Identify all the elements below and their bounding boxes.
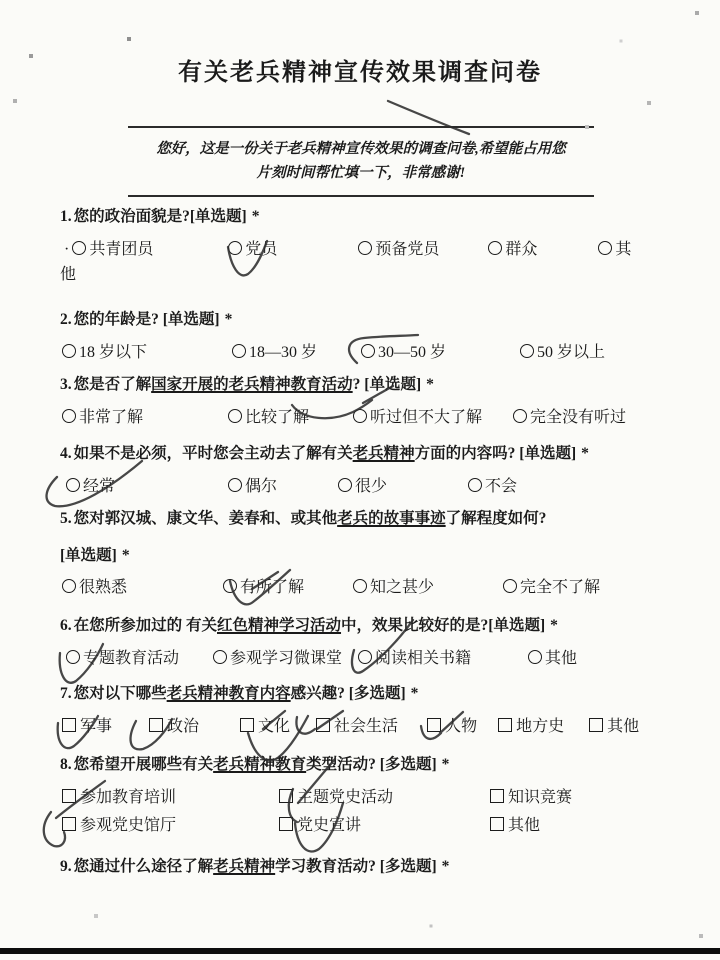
options-row: 经常偶尔很少不会 [60,474,708,499]
radio-option[interactable]: 知之甚少 [353,579,434,596]
question-5: 5.您对郭汉城、康文华、姜春和、或其他老兵的故事事迹了解程度如何?[单选题]*很… [60,508,708,600]
question-text-underlined: 国家开展的老兵精神教育活动 [151,376,353,393]
radio-icon [232,344,246,358]
required-asterisk: * [581,445,589,462]
checkbox-option[interactable]: 其他 [589,718,639,735]
question-text: 您希望开展哪些有关 [74,756,214,773]
radio-icon [213,650,227,664]
checkbox-option[interactable]: 党史宣讲 [279,817,361,834]
required-asterisk: * [550,617,558,634]
bullet-mark: · [64,241,69,258]
question-label: 1.您的政治面貌是?[单选题]* [60,206,708,227]
question-text: 了解程度如何? [446,510,547,527]
option-label: 人物 [445,718,477,735]
question-type-tag: [单选题] [163,311,220,328]
radio-option[interactable]: 比较了解 [228,409,309,426]
radio-option[interactable]: 很熟悉 [62,579,127,596]
intro-box: 您好，这是一份关于老兵精神宣传效果的调查问卷,希望能占用您 片刻时间帮忙填一下，… [128,126,594,197]
required-asterisk: * [122,547,130,564]
question-type-tag: [多选题] [380,756,437,773]
question-type-tag: [多选题] [380,858,437,875]
question-2: 2.您的年龄是? [单选题]*18 岁以下18—30 岁30—50 岁50 岁以… [60,309,708,365]
radio-icon [223,579,237,593]
checkbox-option[interactable]: 社会生活 [316,718,398,735]
radio-option[interactable]: 非常了解 [62,409,143,426]
radio-icon [228,409,242,423]
checkbox-option[interactable]: 地方史 [498,718,564,735]
question-text: 类型活动? [306,756,380,773]
radio-option[interactable]: 预备党员 [358,241,439,258]
radio-icon [62,409,76,423]
checkbox-option[interactable]: 人物 [427,718,477,735]
radio-option[interactable]: 有所了解 [223,579,304,596]
question-text: 方面的内容吗? [415,445,520,462]
question-type-tag: [单选题] [190,208,247,225]
checkbox-icon [62,817,76,831]
question-label: 9.您通过什么途径了解老兵精神学习教育活动? [多选题]* [60,856,708,877]
checkbox-icon [589,718,603,732]
question-text-underlined: 老兵精神 [213,858,275,875]
radio-option[interactable]: 完全没有听过 [513,409,626,426]
option-label: 完全不了解 [520,579,600,596]
scan-edge-bar [0,948,720,954]
checkbox-icon [498,718,512,732]
radio-option[interactable]: 50 岁以上 [520,344,605,361]
question-text: 中，效果比较好的是? [341,617,488,634]
question-type-tag: [多选题] [349,685,406,702]
options-row: ·共青团员党员预备党员群众其他 [60,237,645,287]
question-6: 6.在您所参加过的 有关红色精神学习活动中，效果比较好的是?[单选题]*专题教育… [60,615,708,671]
question-type-tag: [单选题] [60,547,117,564]
options-row: 很熟悉有所了解知之甚少完全不了解 [60,575,708,600]
radio-icon [62,344,76,358]
radio-option[interactable]: 阅读相关书籍 [358,650,471,667]
question-7: 7.您对以下哪些老兵精神教育内容感兴趣? [多选题]*军事政治文化社会生活人物地… [60,683,708,739]
question-label: 3.您是否了解国家开展的老兵精神教育活动? [单选题]* [60,374,708,395]
radio-icon [66,650,80,664]
checkbox-option[interactable]: 主题党史活动 [279,789,393,806]
question-label: 6.在您所参加过的 有关红色精神学习活动中，效果比较好的是?[单选题]* [60,615,708,636]
option-label: 政治 [167,718,199,735]
radio-option[interactable]: 群众 [488,241,537,258]
option-label: 军事 [80,718,112,735]
question-type-tagline: [单选题]* [60,543,708,565]
option-label: 阅读相关书籍 [375,650,471,667]
question-text: 您对以下哪些 [74,685,167,702]
question-text: 您对郭汉城、康文华、姜春和、或其他 [74,510,338,527]
option-label: 文化 [258,718,290,735]
question-type-tag: [单选题] [519,445,576,462]
question-text-underlined: 老兵的故事事迹 [337,510,446,527]
option-label: 参观党史馆厅 [80,817,176,834]
radio-option[interactable]: 完全不了解 [503,579,600,596]
option-label: 比较了解 [245,409,309,426]
options-row: 军事政治文化社会生活人物地方史其他 [60,714,708,739]
option-label: 参加教育培训 [80,789,176,806]
option-label: 听过但不大了解 [370,409,482,426]
page-title: 有关老兵精神宣传效果调查问卷 [0,52,720,87]
radio-option[interactable]: 不会 [468,478,517,495]
question-number: 2. [60,311,72,328]
question-3: 3.您是否了解国家开展的老兵精神教育活动? [单选题]*非常了解比较了解听过但不… [60,374,708,430]
option-label: 社会生活 [334,718,398,735]
option-label: 主题党史活动 [297,789,393,806]
question-label: 7.您对以下哪些老兵精神教育内容感兴趣? [多选题]* [60,683,708,704]
question-label: 4.如果不是必须，平时您会主动去了解有关老兵精神方面的内容吗? [单选题]* [60,443,708,464]
options-row: 18 岁以下18—30 岁30—50 岁50 岁以上 [60,340,708,365]
checkbox-option[interactable]: 参加教育培训 [62,789,176,806]
question-text-underlined: 老兵精神教育 [213,756,306,773]
checkbox-option[interactable]: 参观党史馆厅 [62,817,176,834]
checkbox-icon [427,718,441,732]
question-9: 9.您通过什么途径了解老兵精神学习教育活动? [多选题]* [60,856,708,877]
radio-option[interactable]: 偶尔 [228,478,277,495]
radio-icon [503,579,517,593]
question-type-tag: [单选题] [364,376,421,393]
radio-icon [488,241,502,255]
option-label: 很少 [355,478,387,495]
question-text: 如果不是必须，平时您会主动去了解有关 [74,445,353,462]
radio-icon [358,650,372,664]
question-text: 您是否了解 [74,376,152,393]
option-label: 党员 [245,241,277,258]
checkbox-option[interactable]: 政治 [149,718,199,735]
radio-icon [353,409,367,423]
checkbox-icon [62,789,76,803]
question-text: 学习教育活动? [275,858,380,875]
scan-noise-specks [0,0,2,2]
options-row: 参加教育培训主题党史活动知识竞赛 [60,785,708,810]
checkbox-icon [149,718,163,732]
radio-icon [513,409,527,423]
question-label: 2.您的年龄是? [单选题]* [60,309,708,330]
question-text-underlined: 红色精神学习活动 [217,617,341,634]
radio-option[interactable]: 很少 [338,478,387,495]
checkbox-icon [279,817,293,831]
option-label: 有所了解 [240,579,304,596]
question-type-tag: [单选题] [488,617,545,634]
question-number: 5. [60,510,72,527]
checkbox-option[interactable]: 文化 [240,718,290,735]
checkbox-icon [279,789,293,803]
option-label: 不会 [485,478,517,495]
option-label: 知识竞赛 [508,789,572,806]
radio-option[interactable]: 党员 [228,241,277,258]
radio-option[interactable]: 30—50 岁 [361,344,446,361]
question-text: 感兴趣? [291,685,349,702]
radio-icon [528,650,542,664]
checkbox-option[interactable]: 其他 [490,817,540,834]
option-label: 其他 [545,650,577,667]
question-8: 8.您希望开展哪些有关老兵精神教育类型活动? [多选题]*参加教育培训主题党史活… [60,754,708,838]
option-label: 18 岁以下 [79,344,147,361]
radio-icon [520,344,534,358]
option-label: 预备党员 [375,241,439,258]
question-number: 4. [60,445,72,462]
question-text: 您的年龄是? [74,311,163,328]
option-label: 参观学习微课堂 [230,650,342,667]
checkbox-option[interactable]: 知识竞赛 [490,789,572,806]
question-text: 在您所参加过的 有关 [74,617,217,634]
scanned-questionnaire-page: 有关老兵精神宣传效果调查问卷 您好，这是一份关于老兵精神宣传效果的调查问卷,希望… [0,0,720,960]
question-text: ? [353,376,365,393]
radio-option[interactable]: 专题教育活动 [66,650,179,667]
question-number: 6. [60,617,72,634]
option-label: 非常了解 [79,409,143,426]
question-number: 9. [60,858,72,875]
required-asterisk: * [442,756,450,773]
checkbox-icon [490,817,504,831]
question-text-underlined: 老兵精神教育内容 [167,685,291,702]
radio-icon [62,579,76,593]
radio-option[interactable]: 18 岁以下 [62,344,147,361]
question-4: 4.如果不是必须，平时您会主动去了解有关老兵精神方面的内容吗? [单选题]*经常… [60,443,708,499]
question-number: 3. [60,376,72,393]
radio-icon [72,241,86,255]
option-label: 其他 [508,817,540,834]
option-label: 50 岁以上 [537,344,605,361]
option-label: 群众 [505,241,537,258]
radio-option[interactable]: 其他 [528,650,577,667]
option-label: 30—50 岁 [378,344,446,361]
required-asterisk: * [426,376,434,393]
radio-option[interactable]: 参观学习微课堂 [213,650,342,667]
radio-option[interactable]: ·共青团员 [64,241,153,258]
option-label: 经常 [83,478,115,495]
radio-icon [598,241,612,255]
radio-icon [228,478,242,492]
option-label: 共青团员 [89,241,153,258]
question-text: 您的政治面貌是? [74,208,190,225]
option-label: 完全没有听过 [530,409,626,426]
option-label: 知之甚少 [370,579,434,596]
radio-icon [353,579,367,593]
question-text-underlined: 老兵精神 [353,445,415,462]
required-asterisk: * [442,858,450,875]
radio-option[interactable]: 18—30 岁 [232,344,317,361]
question-1: 1.您的政治面貌是?[单选题]*·共青团员党员预备党员群众其他 [60,206,708,287]
option-label: 党史宣讲 [297,817,361,834]
options-row: 非常了解比较了解听过但不大了解完全没有听过 [60,405,708,430]
option-label: 偶尔 [245,478,277,495]
radio-icon [228,241,242,255]
question-number: 8. [60,756,72,773]
option-label: 18—30 岁 [249,344,317,361]
checkbox-icon [240,718,254,732]
option-label: 很熟悉 [79,579,127,596]
required-asterisk: * [225,311,233,328]
checkbox-icon [316,718,330,732]
checkbox-icon [62,718,76,732]
question-number: 7. [60,685,72,702]
question-number: 1. [60,208,72,225]
question-text: 您通过什么途径了解 [74,858,214,875]
options-row: 参观党史馆厅党史宣讲其他 [60,813,708,838]
question-label: 5.您对郭汉城、康文华、姜春和、或其他老兵的故事事迹了解程度如何? [60,508,708,529]
intro-line-1: 您好，这是一份关于老兵精神宣传效果的调查问卷,希望能占用您 [130,137,592,161]
option-label: 地方史 [516,718,564,735]
radio-icon [338,478,352,492]
radio-option[interactable]: 听过但不大了解 [353,409,482,426]
checkbox-icon [490,789,504,803]
question-label: 8.您希望开展哪些有关老兵精神教育类型活动? [多选题]* [60,754,708,775]
radio-icon [358,241,372,255]
radio-icon [361,344,375,358]
checkbox-option[interactable]: 军事 [62,718,112,735]
intro-line-2: 片刻时间帮忙填一下，非常感谢! [130,161,592,185]
radio-option[interactable]: 经常 [66,478,115,495]
radio-icon [468,478,482,492]
required-asterisk: * [252,208,260,225]
required-asterisk: * [411,685,419,702]
options-row: 专题教育活动参观学习微课堂阅读相关书籍其他 [60,646,708,671]
option-label: 其他 [607,718,639,735]
radio-icon [66,478,80,492]
option-label: 专题教育活动 [83,650,179,667]
